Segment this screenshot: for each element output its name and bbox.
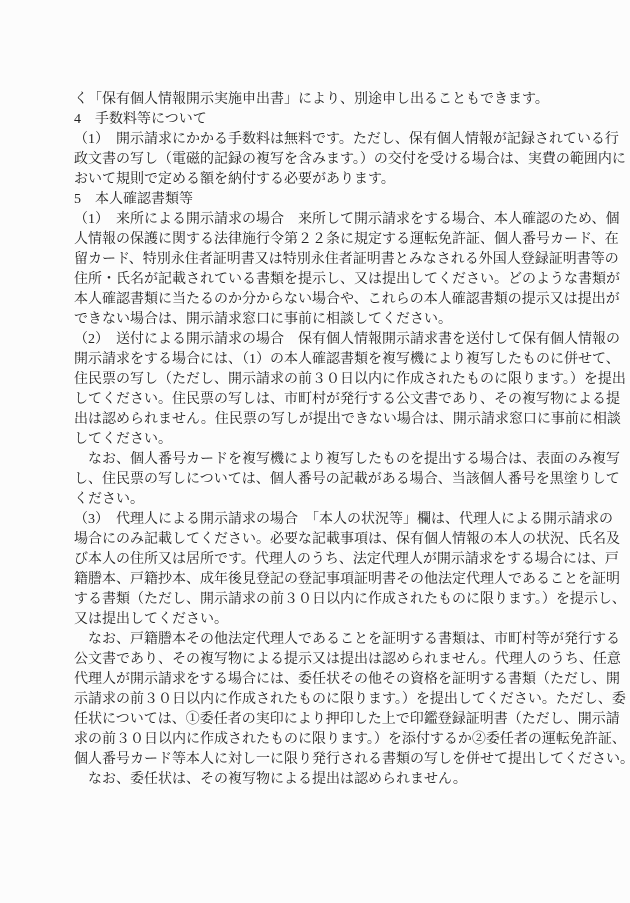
- text-line: 又は提出してください。: [74, 610, 574, 630]
- text-line: 場合にのみ記載してください。必要な記載事項は、保有個人情報の本人の状況、氏名及: [74, 530, 574, 550]
- text-line: する書類（ただし、開示請求の前３０日以内に作成されたものに限ります。）を提示し、: [74, 590, 574, 610]
- text-line: ください。: [74, 490, 574, 510]
- text-line: く「保有個人情報開示実施申出書」により、別途申し出ることもできます。: [74, 90, 574, 110]
- section-heading-4: 4 手数料等について: [74, 110, 574, 130]
- text-line: してください。: [74, 430, 574, 450]
- text-line: （3） 代理人による開示請求の場合 「本人の状況等」欄は、代理人による開示請求の: [74, 510, 574, 530]
- text-line: （1） 来所による開示請求の場合 来所して開示請求をする場合、本人確認のため、個: [74, 210, 574, 230]
- text-line: おいて規則で定める額を納付する必要があります。: [74, 170, 574, 190]
- text-line: なお、個人番号カードを複写機により複写したものを提出する場合は、表面のみ複写: [74, 450, 574, 470]
- text-line: 求の前３０日以内に作成されたものに限ります。）を添付するか②委任者の運転免許証、: [74, 730, 574, 750]
- text-line: 任状については、①委任者の実印により押印した上で印鑑登録証明書（ただし、開示請: [74, 710, 574, 730]
- text-line: び本人の住所又は居所です。代理人のうち、法定代理人が開示請求をする場合には、戸: [74, 550, 574, 570]
- text-line: 留カード、特別永住者証明書又は特別永住者証明書とみなされる外国人登録証明書等の: [74, 250, 574, 270]
- text-line: 出は認められません。住民票の写しが提出できない場合は、開示請求窓口に事前に相談: [74, 410, 574, 430]
- text-line: 政文書の写し（電磁的記録の複写を含みます。）の交付を受ける場合は、実費の範囲内に: [74, 150, 574, 170]
- text-line: できない場合は、開示請求窓口に事前に相談してください。: [74, 310, 574, 330]
- text-line: （1） 開示請求にかかる手数料は無料です。ただし、保有個人情報が記録されている行: [74, 130, 574, 150]
- text-line: してください。住民票の写しは、市町村が発行する公文書であり、その複写物による提: [74, 390, 574, 410]
- document-page: く「保有個人情報開示実施申出書」により、別途申し出ることもできます。 4 手数料…: [0, 0, 630, 903]
- section-heading-5: 5 本人確認書類等: [74, 190, 574, 210]
- text-line: 住民票の写し（ただし、開示請求の前３０日以内に作成されたものに限ります。）を提出: [74, 370, 574, 390]
- text-line: なお、戸籍謄本その他法定代理人であることを証明する書類は、市町村等が発行する: [74, 630, 574, 650]
- text-line: 籍謄本、戸籍抄本、成年後見登記の登記事項証明書その他法定代理人であることを証明: [74, 570, 574, 590]
- text-line: 住所・氏名が記載されている書類を提示し、又は提出してください。どのような書類が: [74, 270, 574, 290]
- text-line: 代理人が開示請求をする場合には、委任状その他その資格を証明する書類（ただし、開: [74, 670, 574, 690]
- text-line: （2） 送付による開示請求の場合 保有個人情報開示請求書を送付して保有個人情報の: [74, 330, 574, 350]
- text-line: し、住民票の写しについては、個人番号の記載がある場合、当該個人番号を黒塗りして: [74, 470, 574, 490]
- document-text-block: く「保有個人情報開示実施申出書」により、別途申し出ることもできます。 4 手数料…: [74, 90, 574, 790]
- text-line: 公文書であり、その複写物による提示又は提出は認められません。代理人のうち、任意: [74, 650, 574, 670]
- text-line: 人情報の保護に関する法律施行令第２２条に規定する運転免許証、個人番号カード、在: [74, 230, 574, 250]
- text-line: 開示請求をする場合には、（1）の本人確認書類を複写機により複写したものに併せて、: [74, 350, 574, 370]
- text-line: なお、委任状は、その複写物による提出は認められません。: [74, 770, 574, 790]
- text-line: 個人番号カード等本人に対し一に限り発行される書類の写しを併せて提出してください。: [74, 750, 574, 770]
- text-line: 示請求の前３０日以内に作成されたものに限ります。）を提出してください。ただし、委: [74, 690, 574, 710]
- text-line: 本人確認書類に当たるのか分からない場合や、これらの本人確認書類の提示又は提出が: [74, 290, 574, 310]
